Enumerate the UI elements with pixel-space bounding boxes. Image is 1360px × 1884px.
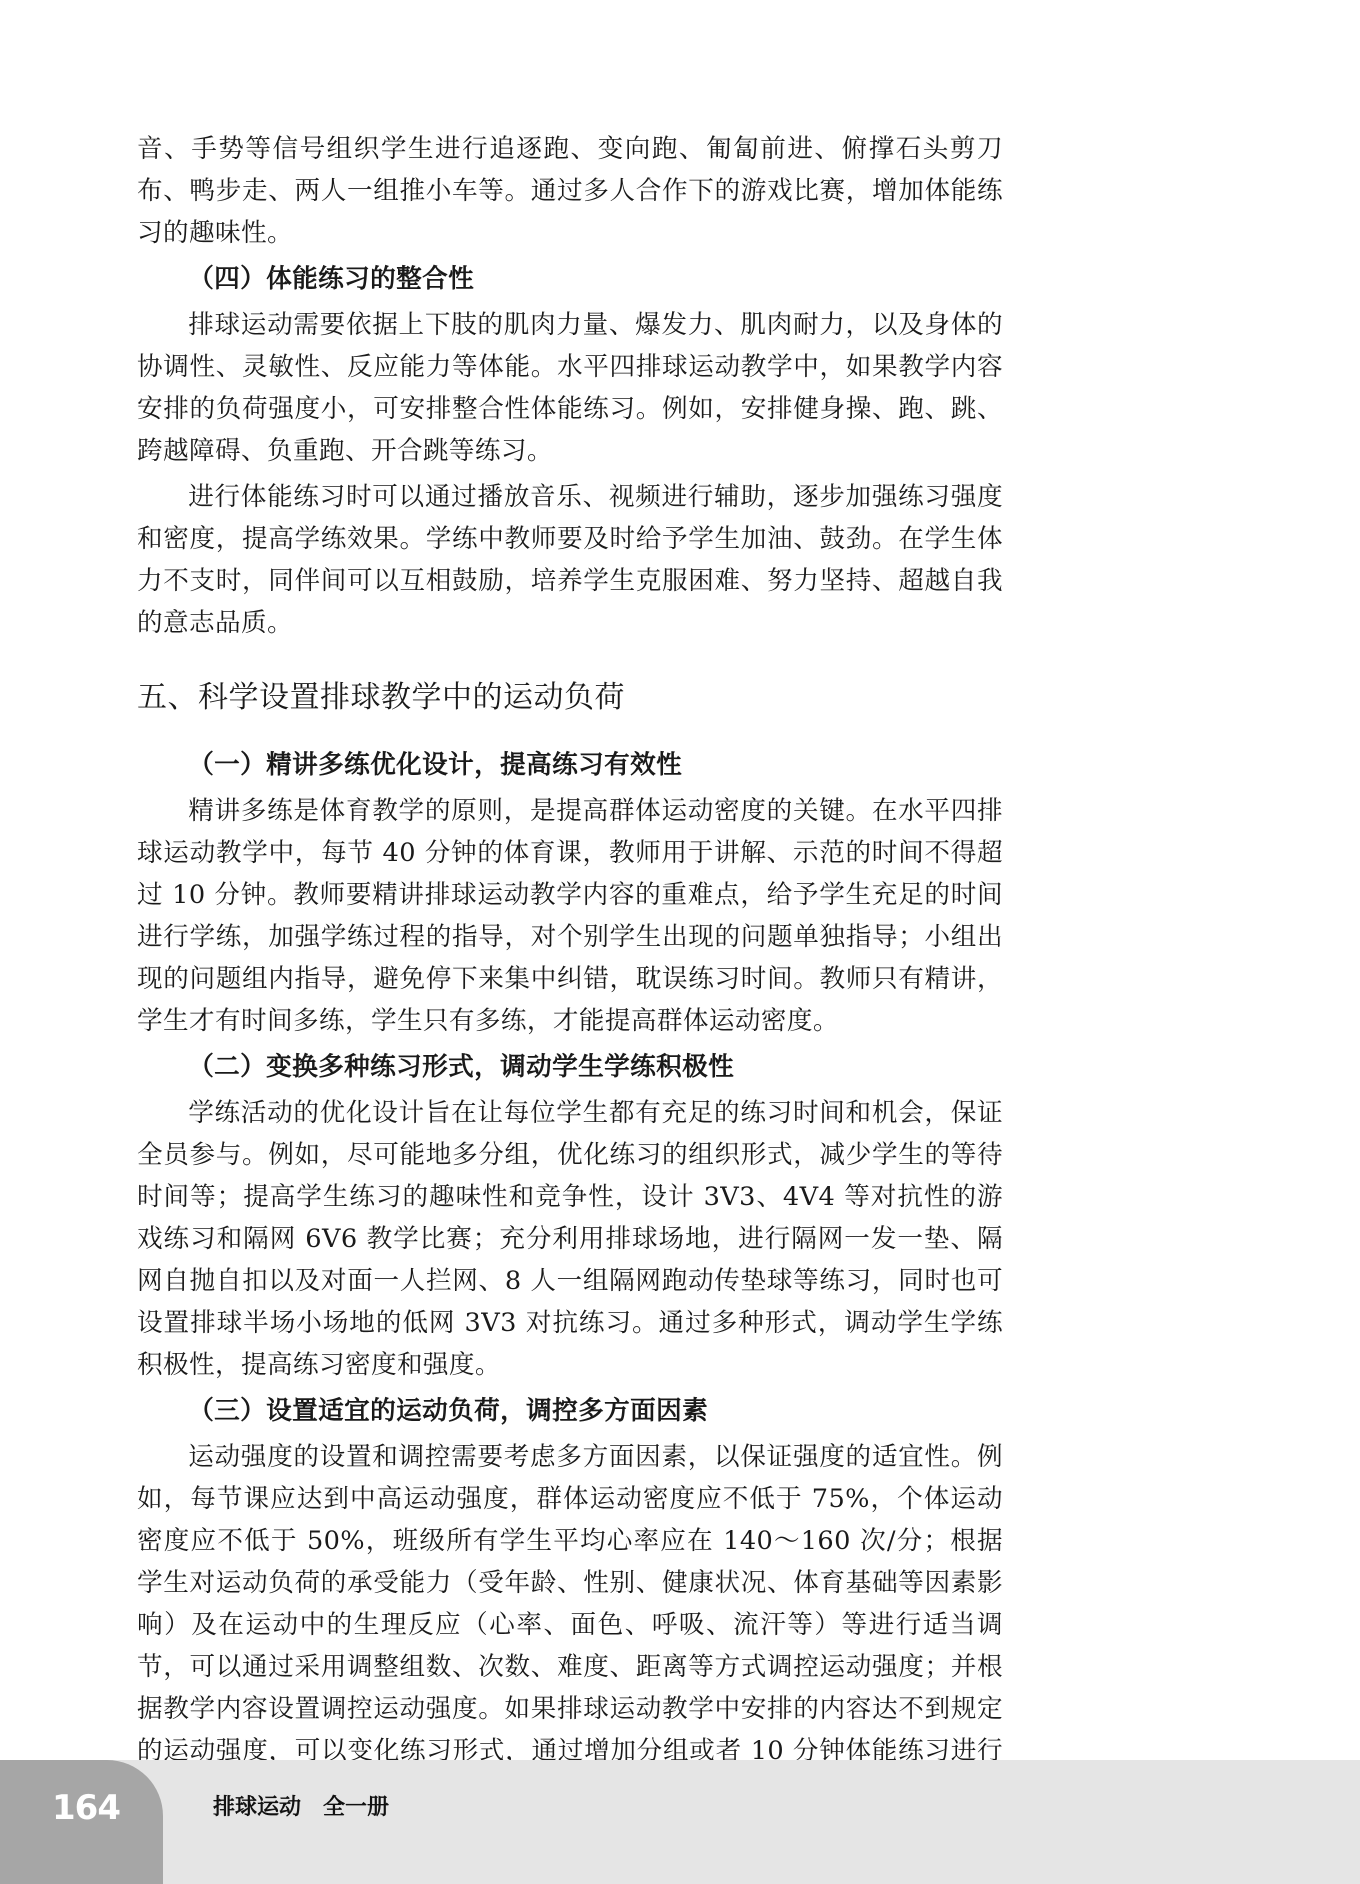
subheading-one: （一）精讲多练优化设计，提高练习有效性 (137, 744, 1003, 786)
footer-band (0, 1760, 1360, 1884)
book-title: 排球运动 (213, 1795, 301, 1820)
running-title: 排球运动全一册 (213, 1790, 389, 1821)
paragraph-three: 运动强度的设置和调控需要考虑多方面因素，以保证强度的适宜性。例如，每节课应达到中… (137, 1436, 1003, 1814)
paragraph-one: 精讲多练是体育教学的原则，是提高群体运动密度的关键。在水平四排球运动教学中，每节… (137, 790, 1003, 1042)
paragraph-intro: 音、手势等信号组织学生进行追逐跑、变向跑、匍匐前进、俯撑石头剪刀布、鸭步走、两人… (137, 128, 1003, 254)
paragraph-two: 学练活动的优化设计旨在让每位学生都有充足的练习时间和机会，保证全员参与。例如，尽… (137, 1092, 1003, 1386)
subheading-three: （三）设置适宜的运动负荷，调控多方面因素 (137, 1390, 1003, 1432)
volume-label: 全一册 (323, 1795, 389, 1820)
page-content: 音、手势等信号组织学生进行追逐跑、变向跑、匍匐前进、俯撑石头剪刀布、鸭步走、两人… (137, 128, 1003, 1814)
subheading-four: （四）体能练习的整合性 (137, 258, 1003, 300)
paragraph-four-2: 进行体能练习时可以通过播放音乐、视频进行辅助，逐步加强练习强度和密度，提高学练效… (137, 476, 1003, 644)
subheading-two: （二）变换多种练习形式，调动学生学练积极性 (137, 1046, 1003, 1088)
paragraph-four-1: 排球运动需要依据上下肢的肌肉力量、爆发力、肌肉耐力，以及身体的协调性、灵敏性、反… (137, 304, 1003, 472)
section-heading-five: 五、科学设置排球教学中的运动负荷 (137, 676, 1003, 720)
page-number: 164 (52, 1788, 120, 1828)
